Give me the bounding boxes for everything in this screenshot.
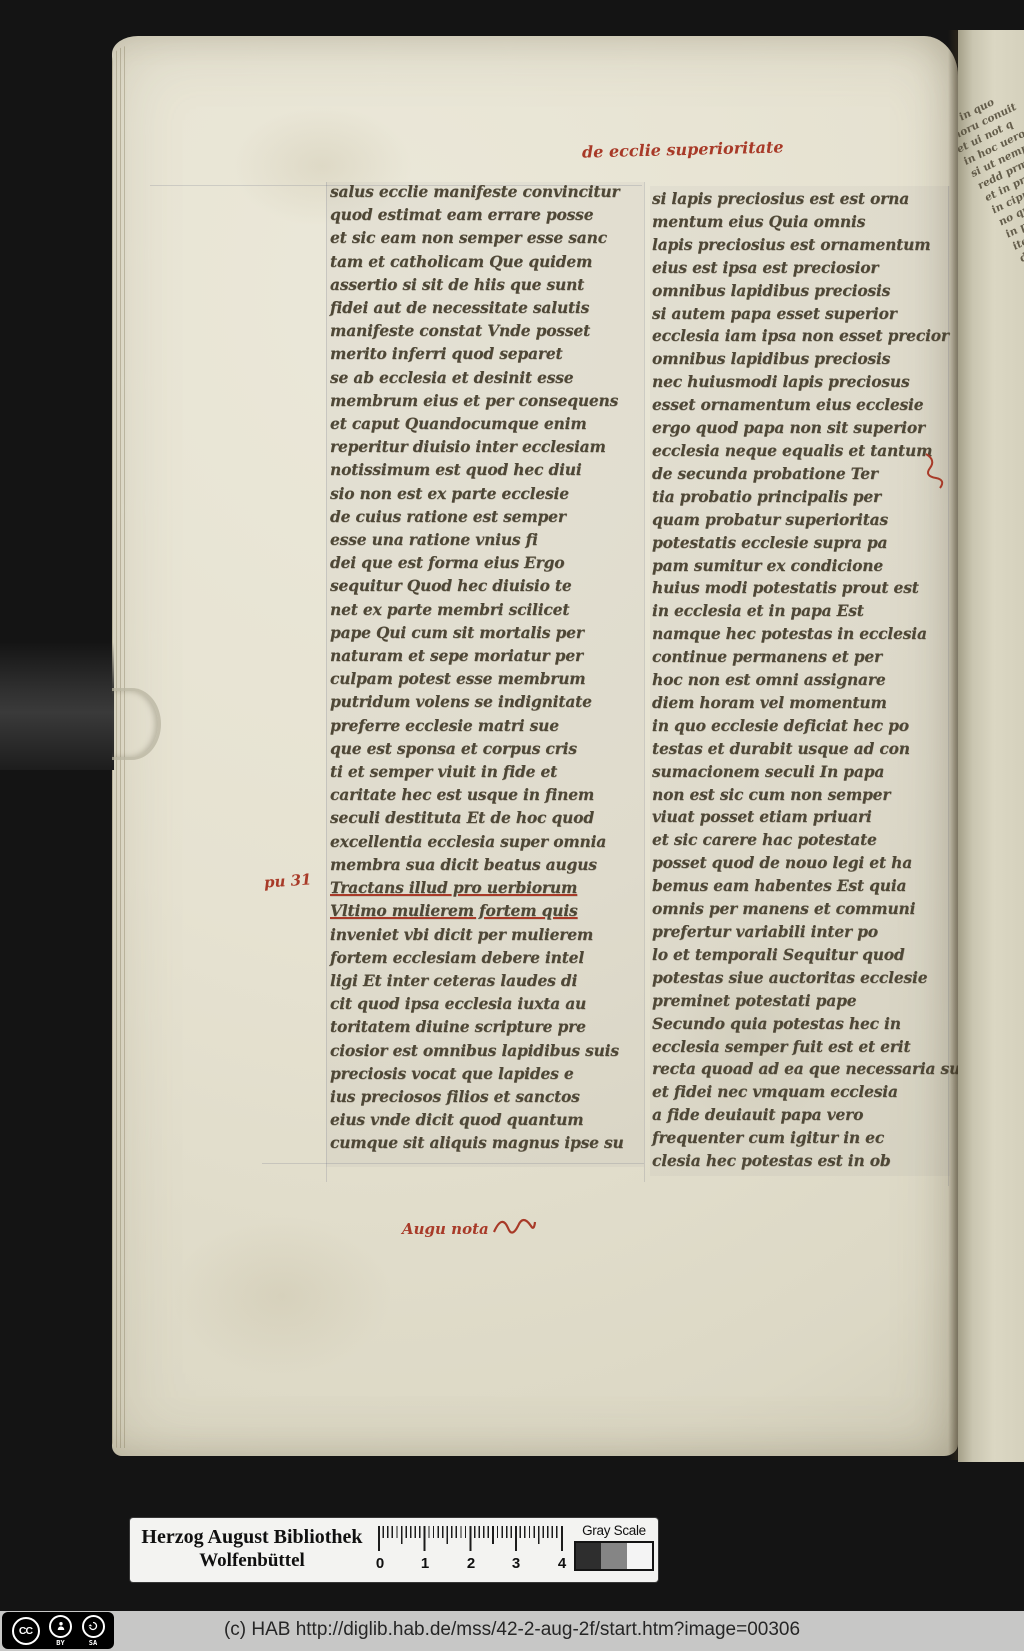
manuscript-line: eius est ipsa est preciosior (652, 257, 952, 280)
running-title-rubric: de ecclie superioritate (582, 137, 784, 161)
manuscript-line: culpam potest esse membrum (330, 667, 648, 690)
cc-letters: CC (19, 1625, 32, 1637)
gray-scale: Gray Scale (574, 1523, 654, 1571)
manuscript-line: membrum eius et per consequens (330, 389, 648, 412)
identification-plate: Herzog August Bibliothek Wolfenbüttel 01… (130, 1518, 658, 1582)
parchment-stain (172, 1216, 392, 1376)
manuscript-line: salus ecclie manifeste convincitur (330, 180, 648, 203)
manuscript-line: dei que est forma eius Ergo (330, 551, 648, 574)
manuscript-line: testas et durabit usque ad con (652, 738, 952, 761)
manuscript-line: toritatem diuine scripture pre (330, 1015, 648, 1038)
manuscript-line: ergo quod papa non sit superior (652, 417, 952, 440)
manuscript-line: pam sumitur ex condicione (652, 555, 952, 578)
manuscript-line: diem horam vel momentum (652, 692, 952, 715)
manuscript-line: ciosior est omnibus lapidibus suis (330, 1039, 648, 1062)
ruler-number: 4 (558, 1555, 566, 1572)
manuscript-line: et fidei nec vmquam ecclesia (652, 1081, 952, 1104)
manuscript-line: merito inferri quod separet (330, 342, 648, 365)
manuscript-line: lo et temporali Sequitur quod (652, 944, 952, 967)
manuscript-line: cumque sit aliquis magnus ipse su (330, 1131, 648, 1154)
manuscript-line: mentum eius Quia omnis (652, 211, 952, 234)
manuscript-line: assertio si sit de hiis que sunt (330, 273, 648, 296)
ruler-number: 1 (421, 1555, 429, 1572)
manuscript-line: recta quoad ad ea que necessaria sunt (652, 1058, 952, 1081)
manuscript-line: et caput Quandocumque enim (330, 412, 648, 435)
next-page-edge: qd in quomoru conuitet ui not qin hoc ue… (958, 30, 1024, 1462)
by-mark: BY (49, 1615, 72, 1647)
manuscript-line: manifeste constat Vnde posset (330, 319, 648, 342)
manuscript-line: si lapis preciosius est est orna (652, 188, 952, 211)
ruler-number: 0 (376, 1555, 384, 1572)
colophon-rubric: Augu nota (402, 1214, 537, 1240)
by-label: BY (56, 1639, 64, 1647)
ruler-numbers: 01234 (378, 1555, 564, 1575)
manuscript-line: a fide deuiauit papa vero (652, 1104, 952, 1127)
manuscript-line: esse una ratione vnius fi (330, 528, 648, 551)
manuscript-line: ecclesia semper fuit est et erit (652, 1036, 952, 1059)
by-person-icon (49, 1615, 72, 1638)
manuscript-line: potestatis ecclesie supra pa (652, 532, 952, 555)
manuscript-line: omnibus lapidibus preciosis (652, 280, 952, 303)
colophon-text: Augu nota (402, 1220, 489, 1238)
manuscript-line: namque hec potestas in ecclesia (652, 623, 952, 646)
manuscript-line: sio non est ex parte ecclesie (330, 482, 648, 505)
manuscript-line: preferre ecclesie matri sue (330, 714, 648, 737)
manuscript-line: huius modi potestatis prout est (652, 577, 952, 600)
next-page-text: qd in quomoru conuitet ui not qin hoc ue… (958, 54, 1024, 556)
manuscript-line: si autem papa esset superior (652, 303, 952, 326)
gray-scale-patch (576, 1543, 601, 1569)
manuscript-line: fortem ecclesiam debere intel (330, 946, 648, 969)
manuscript-line: de cuius ratione est semper (330, 505, 648, 528)
manuscript-line: naturam et sepe moriatur per (330, 644, 648, 667)
text-column-left: salus ecclie manifeste convinciturquod e… (330, 180, 648, 1155)
cc-license-badge: CC BY SA (2, 1612, 114, 1649)
manuscript-line: continue permanens et per (652, 646, 952, 669)
manuscript-line: ti et semper viuit in fide et (330, 760, 648, 783)
gray-scale-patches (574, 1541, 654, 1571)
manuscript-line: frequenter cum igitur in ec (652, 1127, 952, 1150)
manuscript-line: tia probatio principalis per (652, 486, 952, 509)
manuscript-line: cit quod ipsa ecclesia iuxta au (330, 992, 648, 1015)
manuscript-line: Vltimo mulierem fortem quis (330, 899, 648, 922)
copyright-text: (c) HAB http://diglib.hab.de/mss/42-2-au… (0, 1619, 1024, 1641)
library-name-line2: Wolfenbüttel (136, 1549, 368, 1573)
manuscript-line: viuat posset etiam priuari (652, 806, 952, 829)
license-bar: (c) HAB http://diglib.hab.de/mss/42-2-au… (0, 1611, 1024, 1651)
manuscript-line: sumacionem seculi In papa (652, 761, 952, 784)
manuscript-line: et sic eam non semper esse sanc (330, 226, 648, 249)
gray-scale-label: Gray Scale (574, 1523, 654, 1538)
manuscript-line: caritate hec est usque in finem (330, 783, 648, 806)
gray-scale-patch (601, 1543, 626, 1569)
manuscript-line: in ecclesia et in papa Est (652, 600, 952, 623)
sa-arrow-icon (82, 1615, 105, 1638)
gray-scale-patch (627, 1543, 652, 1569)
scan-viewer: de ecclie superioritate salus ecclie man… (0, 0, 1024, 1651)
manuscript-line: fidei aut de necessitate salutis (330, 296, 648, 319)
manuscript-line: inveniet vbi dicit per mulierem (330, 923, 648, 946)
manuscript-line: que est sponsa et corpus cris (330, 737, 648, 760)
manuscript-line: omnibus lapidibus preciosis (652, 348, 952, 371)
manuscript-line: in quo ecclesie deficiat hec po (652, 715, 952, 738)
margin-note-rubric: pu 31 (263, 870, 312, 891)
manuscript-line: preciosis vocat que lapides e (330, 1062, 648, 1085)
sa-mark: SA (82, 1615, 105, 1647)
sa-label: SA (89, 1639, 97, 1647)
manuscript-line: reperitur diuisio inter ecclesiam (330, 435, 648, 458)
manuscript-line: tam et catholicam Que quidem (330, 250, 648, 273)
manuscript-line: Secundo quia potestas hec in (652, 1013, 952, 1036)
book-cradle (0, 642, 114, 770)
manuscript-line: hoc non est omni assignare (652, 669, 952, 692)
colophon-flourish-icon (491, 1214, 537, 1240)
manuscript-line: preminet potestati pape (652, 990, 952, 1013)
manuscript-line: seculi destituta Et de hoc quod (330, 806, 648, 829)
manuscript-line: clesia hec potestas est in ob (652, 1150, 952, 1173)
manuscript-line: se ab ecclesia et desinit esse (330, 366, 648, 389)
manuscript-line: potestas siue auctoritas ecclesie (652, 967, 952, 990)
manuscript-line: membra sua dicit beatus augus (330, 853, 648, 876)
manuscript-line: de secunda probatione Ter (652, 463, 952, 486)
manuscript-line: nec huiusmodi lapis preciosus (652, 371, 952, 394)
manuscript-line: esset ornamentum eius ecclesie (652, 394, 952, 417)
manuscript-line: omnis per manens et communi (652, 898, 952, 921)
library-name-line1: Herzog August Bibliothek (136, 1525, 368, 1549)
manuscript-line: putridum volens se indignitate (330, 690, 648, 713)
ruler-number: 3 (512, 1555, 520, 1572)
manuscript-page: de ecclie superioritate salus ecclie man… (112, 36, 958, 1456)
manuscript-line: ecclesia neque equalis et tantum (652, 440, 952, 463)
manuscript-line: bemus eam habentes Est quia (652, 875, 952, 898)
manuscript-line: net ex parte membri scilicet (330, 598, 648, 621)
manuscript-line: ius preciosos filios et sanctos (330, 1085, 648, 1108)
manuscript-line: eius vnde dicit quod quantum (330, 1108, 648, 1131)
manuscript-line: quod estimat eam errare posse (330, 203, 648, 226)
manuscript-line: excellentia ecclesia super omnia (330, 830, 648, 853)
manuscript-line: et sic carere hac potestate (652, 829, 952, 852)
cc-icon: CC (12, 1617, 40, 1645)
manuscript-line: ecclesia iam ipsa non esset precior (652, 325, 952, 348)
manuscript-line: ligi Et inter ceteras laudes di (330, 969, 648, 992)
manuscript-line: notissimum est quod hec diui (330, 458, 648, 481)
manuscript-line: quam probatur superioritas (652, 509, 952, 532)
cm-ruler: 01234 (370, 1524, 570, 1578)
manuscript-line: posset quod de nouo legi et ha (652, 852, 952, 875)
manuscript-line: lapis preciosius est ornamentum (652, 234, 952, 257)
manuscript-line: non est sic cum non semper (652, 784, 952, 807)
manuscript-line: pape Qui cum sit mortalis per (330, 621, 648, 644)
text-column-right: si lapis preciosius est est ornamentum e… (652, 188, 952, 1173)
ruler-number: 2 (467, 1555, 475, 1572)
manuscript-line: prefertur variabili inter po (652, 921, 952, 944)
manuscript-line: Tractans illud pro uerbiorum (330, 876, 648, 899)
library-name: Herzog August Bibliothek Wolfenbüttel (136, 1525, 368, 1573)
manuscript-line: sequitur Quod hec diuisio te (330, 574, 648, 597)
cc-mark: CC (12, 1617, 40, 1645)
